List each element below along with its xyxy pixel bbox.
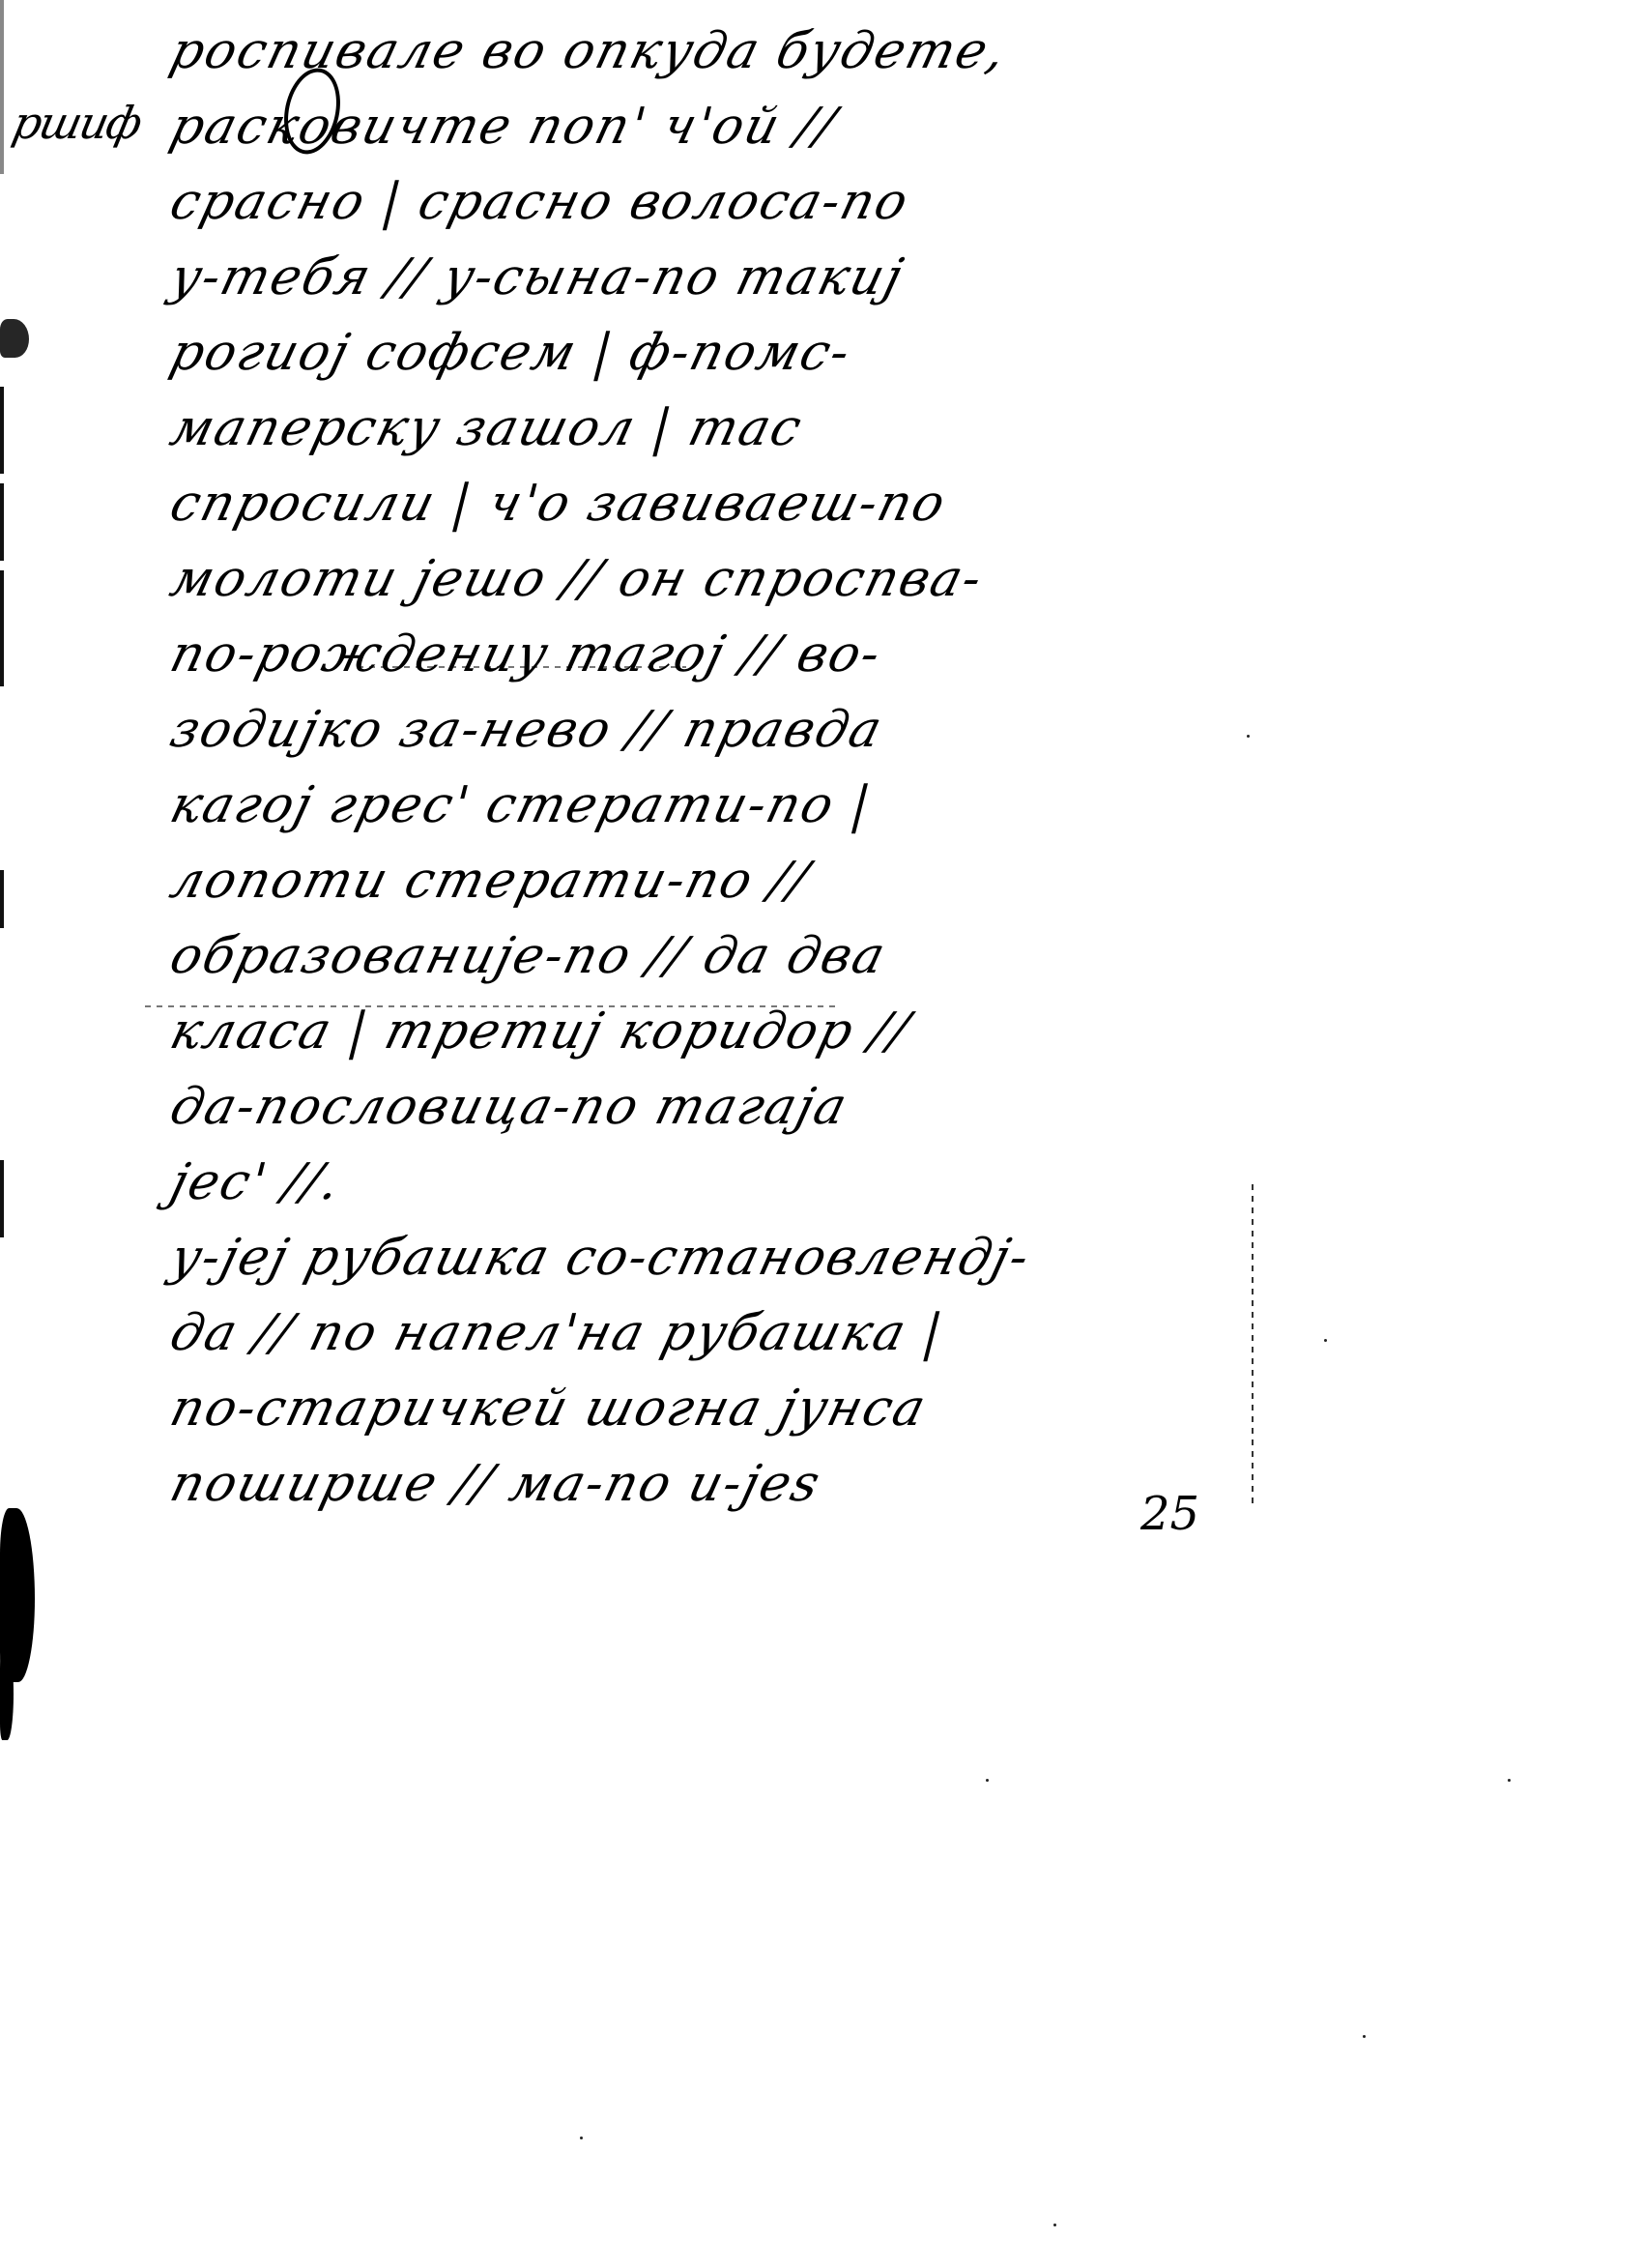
scan-edge-artifact	[0, 1160, 4, 1237]
text-line: по-старичкей шогна јунса	[162, 1371, 1283, 1446]
text-line: срасно | срасно волоса-по	[162, 164, 1283, 240]
text-line: образованиje-по // да два	[162, 918, 1283, 994]
text-line: jес' //.	[162, 1145, 1283, 1220]
scan-speck	[1324, 1339, 1327, 1342]
scan-speck	[1363, 2035, 1366, 2038]
text-line: роспивале во опкуда будете,	[162, 14, 1283, 89]
scan-edge-artifact	[0, 570, 4, 686]
text-line: кагој грес' стерати-по |	[162, 768, 1283, 843]
scan-speck	[986, 1779, 989, 1782]
scan-ink-smudge	[0, 1643, 14, 1740]
text-line: маперску зашол | тас	[162, 391, 1283, 466]
scan-edge-artifact	[0, 387, 4, 474]
text-line: поширше // ма-по и-јеs	[162, 1446, 1283, 1522]
text-line: по-рождениу тагој // во-	[162, 617, 1283, 692]
scan-edge-artifact	[0, 870, 4, 928]
text-line: расковичте поп' ч'ой //	[162, 89, 1283, 164]
text-line: класа | третиј коридор //	[162, 994, 1283, 1069]
scan-speck	[1053, 2224, 1056, 2226]
text-line: молоти јешо // он спроспва-	[162, 541, 1283, 617]
text-line: у-јеј рубашка со-становлендј-	[162, 1220, 1283, 1295]
text-line: у-тебя // у-сына-по такиј	[162, 240, 1283, 315]
text-line: да-пословица-по тагаја	[162, 1069, 1283, 1145]
margin-note: ршиф	[8, 97, 145, 149]
text-line: лопоти стерати-по //	[162, 843, 1283, 918]
scan-ink-smudge	[0, 319, 29, 358]
handwritten-text: роспивале во опкуда будете, расковичте п…	[162, 14, 1264, 1522]
text-line: зодијко за-нево // правда	[162, 692, 1283, 768]
text-line: спросили | ч'о завиваеш-по	[162, 466, 1283, 541]
scan-speck	[1508, 1779, 1511, 1782]
scanned-page: ршиф роспивале во опкуда будете, раскови…	[0, 0, 1643, 2268]
scan-edge-artifact	[0, 483, 4, 561]
scan-speck	[580, 2137, 583, 2139]
scan-edge-artifact	[0, 0, 4, 174]
page-number: 25	[1140, 1487, 1199, 1541]
text-line: да // по напел'на рубашка |	[162, 1295, 1283, 1371]
text-line: рогиој софсем | ф-помс-	[162, 315, 1283, 391]
